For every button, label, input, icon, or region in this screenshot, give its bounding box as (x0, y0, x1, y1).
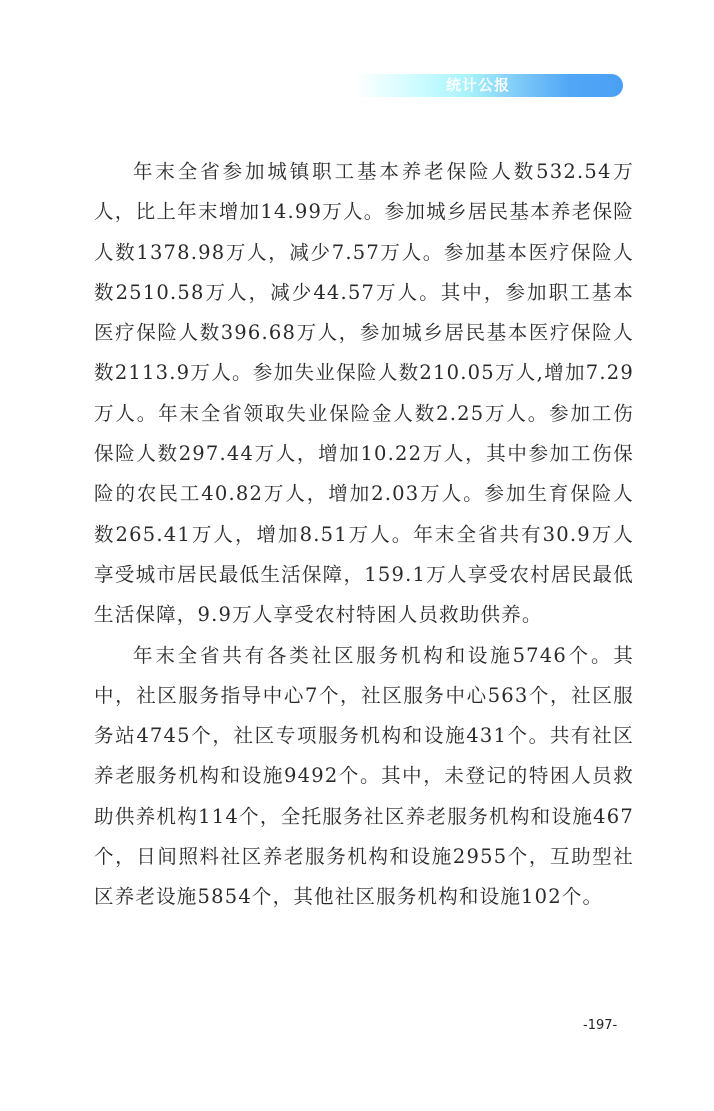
paragraph-community-services: 年末全省共有各类社区服务机构和设施5746个。其中，社区服务指导中心7个，社区服… (94, 636, 634, 918)
document-body: 年末全省参加城镇职工基本养老保险人数532.54万人，比上年末增加14.99万人… (94, 152, 634, 918)
paragraph-social-insurance: 年末全省参加城镇职工基本养老保险人数532.54万人，比上年末增加14.99万人… (94, 152, 634, 636)
page-number: -197- (583, 1018, 617, 1033)
section-title: 统计公报 (446, 74, 510, 97)
